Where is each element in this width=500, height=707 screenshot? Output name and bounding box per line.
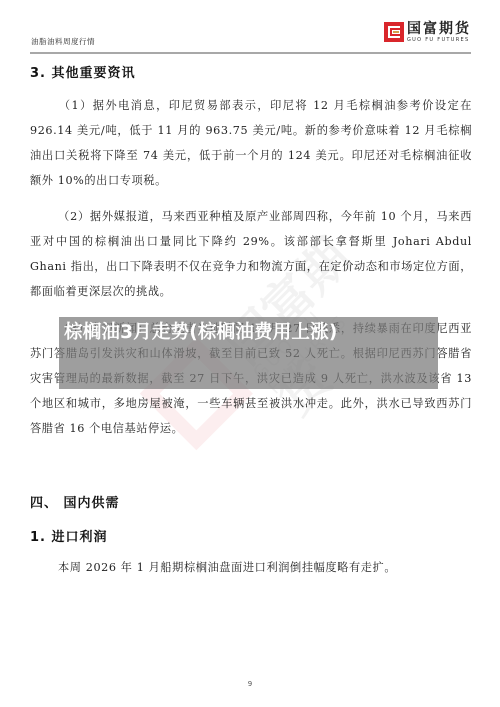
header-divider <box>30 52 471 54</box>
news-item-1: （1）据外电消息，印尼贸易部表示，印尼将 12 月毛棕榈油参考价设定在 926.… <box>30 93 472 193</box>
overlay-banner-title: 棕榈油3月走势(棕榈油费用上涨) <box>64 322 414 344</box>
logo-name-en: GUO FU FUTURES <box>407 38 471 43</box>
logo-mark-icon <box>384 22 404 42</box>
news-item-2: （2）据外媒报道，马来西亚种植及原产业部周四称，今年前 10 个月，马来西亚对中… <box>30 204 472 304</box>
company-logo: 国富期货 GUO FU FUTURES <box>384 18 471 46</box>
section-heading-other-news: 3. 其他重要资讯 <box>30 62 136 81</box>
import-profit-text: 本周 2026 年 1 月船期棕榈油盘面进口利润倒挂幅度略有走扩。 <box>30 555 472 580</box>
page-header: 油脂油料周度行情 国富期货 GUO FU FUTURES <box>30 18 471 54</box>
subsection-heading-import-profit: 1. 进口利润 <box>30 526 108 545</box>
logo-name-cn: 国富期货 <box>407 22 471 36</box>
page-number: 9 <box>0 680 500 688</box>
section-heading-domestic-supply: 四、 国内供需 <box>30 492 120 511</box>
report-title: 油脂油料周度行情 <box>31 36 95 47</box>
